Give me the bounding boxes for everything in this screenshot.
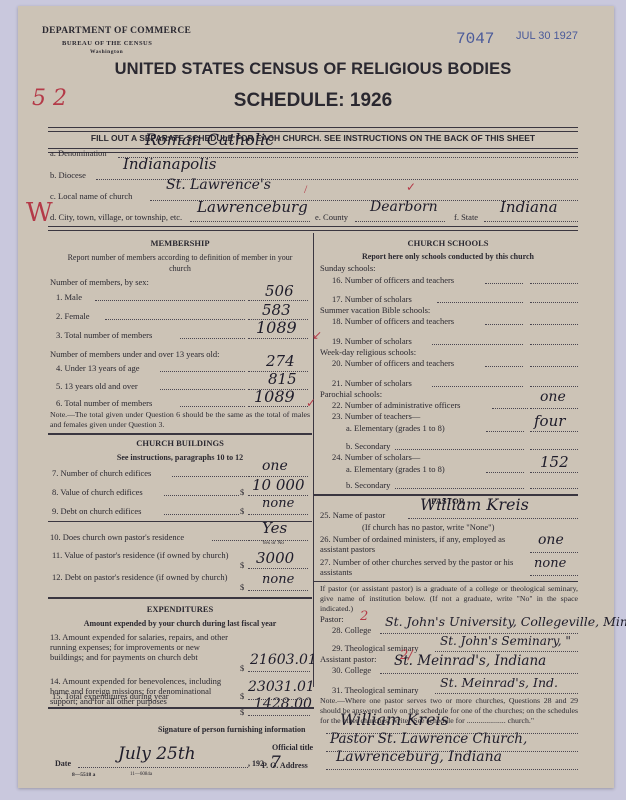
city-label: d. City, town, village, or township, etc… — [50, 212, 182, 222]
denomination-field[interactable]: Roman Catholic — [145, 130, 274, 149]
residence-debt-field[interactable]: none — [262, 572, 294, 587]
church-name-field[interactable]: St. Lawrence's — [166, 177, 271, 193]
edifices-debt-answer-line — [248, 514, 308, 515]
q24a-label: a. Elementary (grades 1 to 8) — [346, 464, 445, 474]
edifices-value-label: 8. Value of church edifices — [52, 487, 143, 497]
bureau-heading: BUREAU OF THE CENSUS — [62, 40, 152, 47]
edifices-debt-label: 9. Debt on church edifices — [52, 506, 141, 516]
q30-label: 30. College — [332, 665, 371, 675]
q25-label: 25. Name of pastor — [320, 510, 385, 520]
under13-field[interactable]: 274 — [266, 352, 295, 370]
city-line — [190, 221, 310, 222]
q23a-label: a. Elementary (grades 1 to 8) — [346, 423, 445, 433]
total-members-field[interactable]: 1089 — [256, 318, 297, 337]
dollar-sign: $ — [240, 487, 244, 497]
state-label: f. State — [454, 212, 478, 222]
q28-label: 28. College — [332, 625, 371, 635]
q23-label: 23. Number of teachers— — [332, 411, 420, 421]
male-field[interactable]: 506 — [265, 282, 294, 300]
weekday-schools-label: Week-day religious schools: — [320, 347, 416, 357]
q27-answer-line — [530, 575, 578, 576]
running-expenses-label: 13. Amount expended for salaries, repair… — [50, 632, 236, 662]
residence-value-field[interactable]: 3000 — [256, 549, 294, 567]
red-margin-mark: W — [26, 198, 53, 228]
schools-heading: CHURCH SCHOOLS — [318, 238, 578, 248]
total-members-age-line — [180, 406, 245, 407]
dollar-sign: $ — [240, 506, 244, 516]
by-sex-label: Number of members, by sex: — [50, 277, 149, 287]
edifices-count-line — [172, 476, 247, 477]
q27-field[interactable]: none — [534, 556, 566, 571]
residence-value-label: 11. Value of pastor's residence (if owne… — [50, 550, 242, 560]
q25-line — [408, 518, 578, 519]
owns-residence-line — [212, 540, 247, 541]
assistant-college-field[interactable]: St. Meinrad's, Indiana — [394, 653, 546, 669]
q24a-answer-line — [530, 472, 578, 473]
q21-answer-line[interactable] — [530, 386, 578, 387]
pastor-red-mark: 2 — [360, 609, 368, 624]
male-line — [95, 300, 245, 301]
form-title: UNITED STATES CENSUS OF RELIGIOUS BODIES — [0, 60, 626, 79]
city-field[interactable]: Lawrenceburg — [197, 198, 308, 216]
q22-label: 22. Number of administrative officers — [332, 400, 461, 410]
owns-residence-field[interactable]: Yes — [262, 519, 287, 537]
q24-label: 24. Number of scholars— — [332, 452, 420, 462]
date-label: Date — [55, 759, 71, 768]
residence-value-answer-line — [248, 568, 308, 569]
q22-line — [492, 408, 528, 409]
over13-label: 5. 13 years old and over — [56, 381, 138, 391]
dollar-sign: $ — [240, 691, 244, 701]
denomination-label: a. Denomination — [50, 148, 107, 158]
q23a-answer-line — [530, 431, 578, 432]
female-line — [105, 319, 245, 320]
q27-label: 27. Number of other churches served by t… — [320, 557, 520, 577]
q26-label: 26. Number of ordained ministers, if any… — [320, 534, 520, 554]
q20-answer-line[interactable] — [530, 366, 578, 367]
q22-field[interactable]: one — [540, 389, 566, 405]
q26-field[interactable]: one — [538, 532, 564, 548]
edifices-value-line — [164, 495, 239, 496]
total-members-label: 3. Total number of members — [56, 330, 152, 340]
signature-field[interactable]: William Kreis — [340, 710, 449, 729]
q19-answer-line[interactable] — [530, 344, 578, 345]
residence-debt-answer-line — [248, 590, 308, 591]
running-expenses-field[interactable]: 21603.01 — [250, 652, 317, 668]
q18-line — [485, 324, 523, 325]
total-expenditures-label: 15. Total expenditures during year — [52, 691, 169, 701]
q16-line — [485, 283, 523, 284]
female-field[interactable]: 583 — [262, 301, 291, 319]
q24a-field[interactable]: 152 — [540, 453, 569, 471]
divider — [48, 433, 312, 435]
divider — [48, 148, 578, 153]
divider — [48, 707, 314, 709]
signature-label: Signature of person furnishing informati… — [158, 725, 305, 734]
po-address-line — [326, 769, 578, 770]
assistant-seminary-field[interactable]: St. Meinrad's, Ind. — [440, 675, 558, 690]
buildings-heading: CHURCH BUILDINGS — [50, 438, 310, 448]
q18-label: 18. Number of officers and teachers — [332, 316, 454, 326]
county-label: e. County — [315, 212, 348, 222]
total-members-line — [180, 338, 245, 339]
q24b-answer-line[interactable] — [530, 488, 578, 489]
form-number: 8—5518 a — [72, 772, 95, 778]
membership-instructions: Report number of members according to de… — [60, 252, 300, 274]
city-heading: Washington — [90, 49, 123, 55]
state-field[interactable]: Indiana — [500, 198, 558, 216]
male-label: 1. Male — [56, 292, 82, 302]
q20-line — [485, 366, 523, 367]
q23b-line — [395, 449, 524, 450]
q23b-label: b. Secondary — [346, 441, 390, 451]
stamp-date: JUL 30 1927 — [516, 30, 578, 42]
sunday-schools-label: Sunday schools: — [320, 263, 376, 273]
q31-line — [435, 693, 578, 694]
stamp-number: 7047 — [456, 30, 494, 48]
edifices-count-label: 7. Number of church edifices — [52, 468, 151, 478]
county-field[interactable]: Dearborn — [370, 199, 438, 215]
q22-answer-line — [530, 408, 578, 409]
red-check-mark: ✓ — [406, 180, 416, 195]
running-expenses-answer-line — [248, 671, 310, 672]
female-label: 2. Female — [56, 311, 90, 321]
total-members-age-label: 6. Total number of members — [56, 398, 152, 408]
membership-note: Note.—The total given under Question 6 s… — [50, 410, 310, 430]
q18-answer-line[interactable] — [530, 324, 578, 325]
membership-heading: MEMBERSHIP — [50, 238, 310, 248]
q26-answer-line — [530, 552, 578, 553]
under13-label: 4. Under 13 years of age — [56, 363, 140, 373]
q24b-line — [395, 488, 524, 489]
q17-label: 17. Number of scholars — [332, 294, 412, 304]
total-members-age-field[interactable]: 1089 — [254, 387, 295, 406]
red-check-mark: ↙ — [312, 328, 322, 343]
by-age-label: Number of members under and over 13 year… — [50, 349, 219, 359]
schedule-title: SCHEDULE: 1926 — [0, 90, 626, 112]
church-name-label: c. Local name of church — [50, 191, 132, 201]
q29-line — [435, 651, 578, 652]
edifices-debt-line — [164, 514, 239, 515]
q21-label: 21. Number of scholars — [332, 378, 412, 388]
total-members-answer-line — [248, 338, 308, 339]
po-address-label: P. O. Address — [262, 761, 308, 770]
diocese-label: b. Diocese — [50, 170, 86, 180]
fill-instruction: FILL OUT A SEPARATE SCHEDULE FOR EACH CH… — [0, 133, 626, 143]
expenditures-instructions: Amount expended by your church during la… — [50, 619, 310, 628]
pastor-college-field[interactable]: St. John's University, Collegeville, Min… — [385, 614, 626, 629]
pastor-name-field[interactable]: William Kreis — [420, 495, 529, 514]
owns-residence-label: 10. Does church own pastor's residence — [50, 532, 184, 542]
q30-line — [380, 673, 578, 674]
q20-label: 20. Number of officers and teachers — [332, 358, 454, 368]
department-heading: DEPARTMENT OF COMMERCE — [42, 26, 191, 36]
parochial-schools-label: Parochial schools: — [320, 389, 382, 399]
pastor-subheading: Pastor: — [320, 614, 344, 624]
total-members-age-answer-line — [248, 406, 308, 407]
summer-schools-label: Summer vacation Bible schools: — [320, 305, 430, 315]
divider — [48, 127, 578, 132]
q17-answer-line[interactable] — [530, 302, 578, 303]
q16-answer-line[interactable] — [530, 283, 578, 284]
county-line — [355, 221, 445, 222]
over13-field[interactable]: 815 — [268, 370, 297, 388]
print-code: 11—6084a — [130, 772, 152, 777]
diocese-field[interactable]: Indianapolis — [123, 155, 216, 173]
red-check-mark: ✓ — [306, 396, 316, 411]
dollar-sign: $ — [240, 560, 244, 570]
column-divider — [313, 233, 314, 687]
date-field[interactable]: July 25th — [118, 744, 196, 764]
q19-line — [432, 344, 523, 345]
dollar-sign: $ — [240, 582, 244, 592]
q25-hint: (If church has no pastor, write "None") — [362, 522, 494, 532]
benevolences-answer-line — [248, 715, 310, 716]
edifices-count-field[interactable]: one — [262, 458, 288, 474]
divider — [48, 226, 578, 231]
q23a-line — [486, 431, 524, 432]
expenditures-heading: EXPENDITURES — [50, 604, 310, 614]
po-address-field[interactable]: Lawrenceburg, Indiana — [336, 749, 502, 765]
official-title-label: Official title — [272, 743, 313, 752]
q31-label: 31. Theological seminary — [332, 685, 418, 695]
yes-no-hint: Yes or No — [262, 540, 284, 546]
divider — [48, 597, 312, 599]
state-line — [484, 221, 578, 222]
under13-line — [160, 371, 245, 372]
residence-debt-label: 12. Debt on pastor's residence (if owned… — [50, 572, 242, 582]
red-annotation: 5 2 — [32, 86, 67, 111]
official-title-field[interactable]: Pastor St. Lawrence Church, — [330, 731, 527, 747]
pastor-seminary-field[interactable]: St. John's Seminary, " — [440, 634, 571, 648]
edifices-value-field[interactable]: 10 000 — [252, 476, 305, 494]
schools-instructions: Report here only schools conducted by th… — [318, 252, 578, 261]
q23b-answer-line[interactable] — [530, 449, 578, 450]
q24b-label: b. Secondary — [346, 480, 390, 490]
red-check-mark: / — [304, 182, 307, 197]
graduate-instructions: If pastor (or assistant pastor) is a gra… — [320, 584, 578, 614]
q21-line — [432, 386, 523, 387]
dollar-sign: $ — [240, 663, 244, 673]
edifices-debt-field[interactable]: none — [262, 496, 294, 511]
q24a-line — [486, 472, 524, 473]
q23a-field[interactable]: four — [534, 412, 565, 430]
date-line — [78, 767, 248, 768]
total-expenditures-field[interactable]: 23031.01 — [248, 679, 315, 695]
assistant-pastor-subheading: Assistant pastor: — [320, 654, 376, 664]
total-expenditures-answer-line — [248, 699, 310, 700]
q17-line — [437, 302, 523, 303]
q19-label: 19. Number of scholars — [332, 336, 412, 346]
over13-line — [160, 389, 245, 390]
q16-label: 16. Number of officers and teachers — [332, 275, 454, 285]
divider — [314, 581, 578, 582]
